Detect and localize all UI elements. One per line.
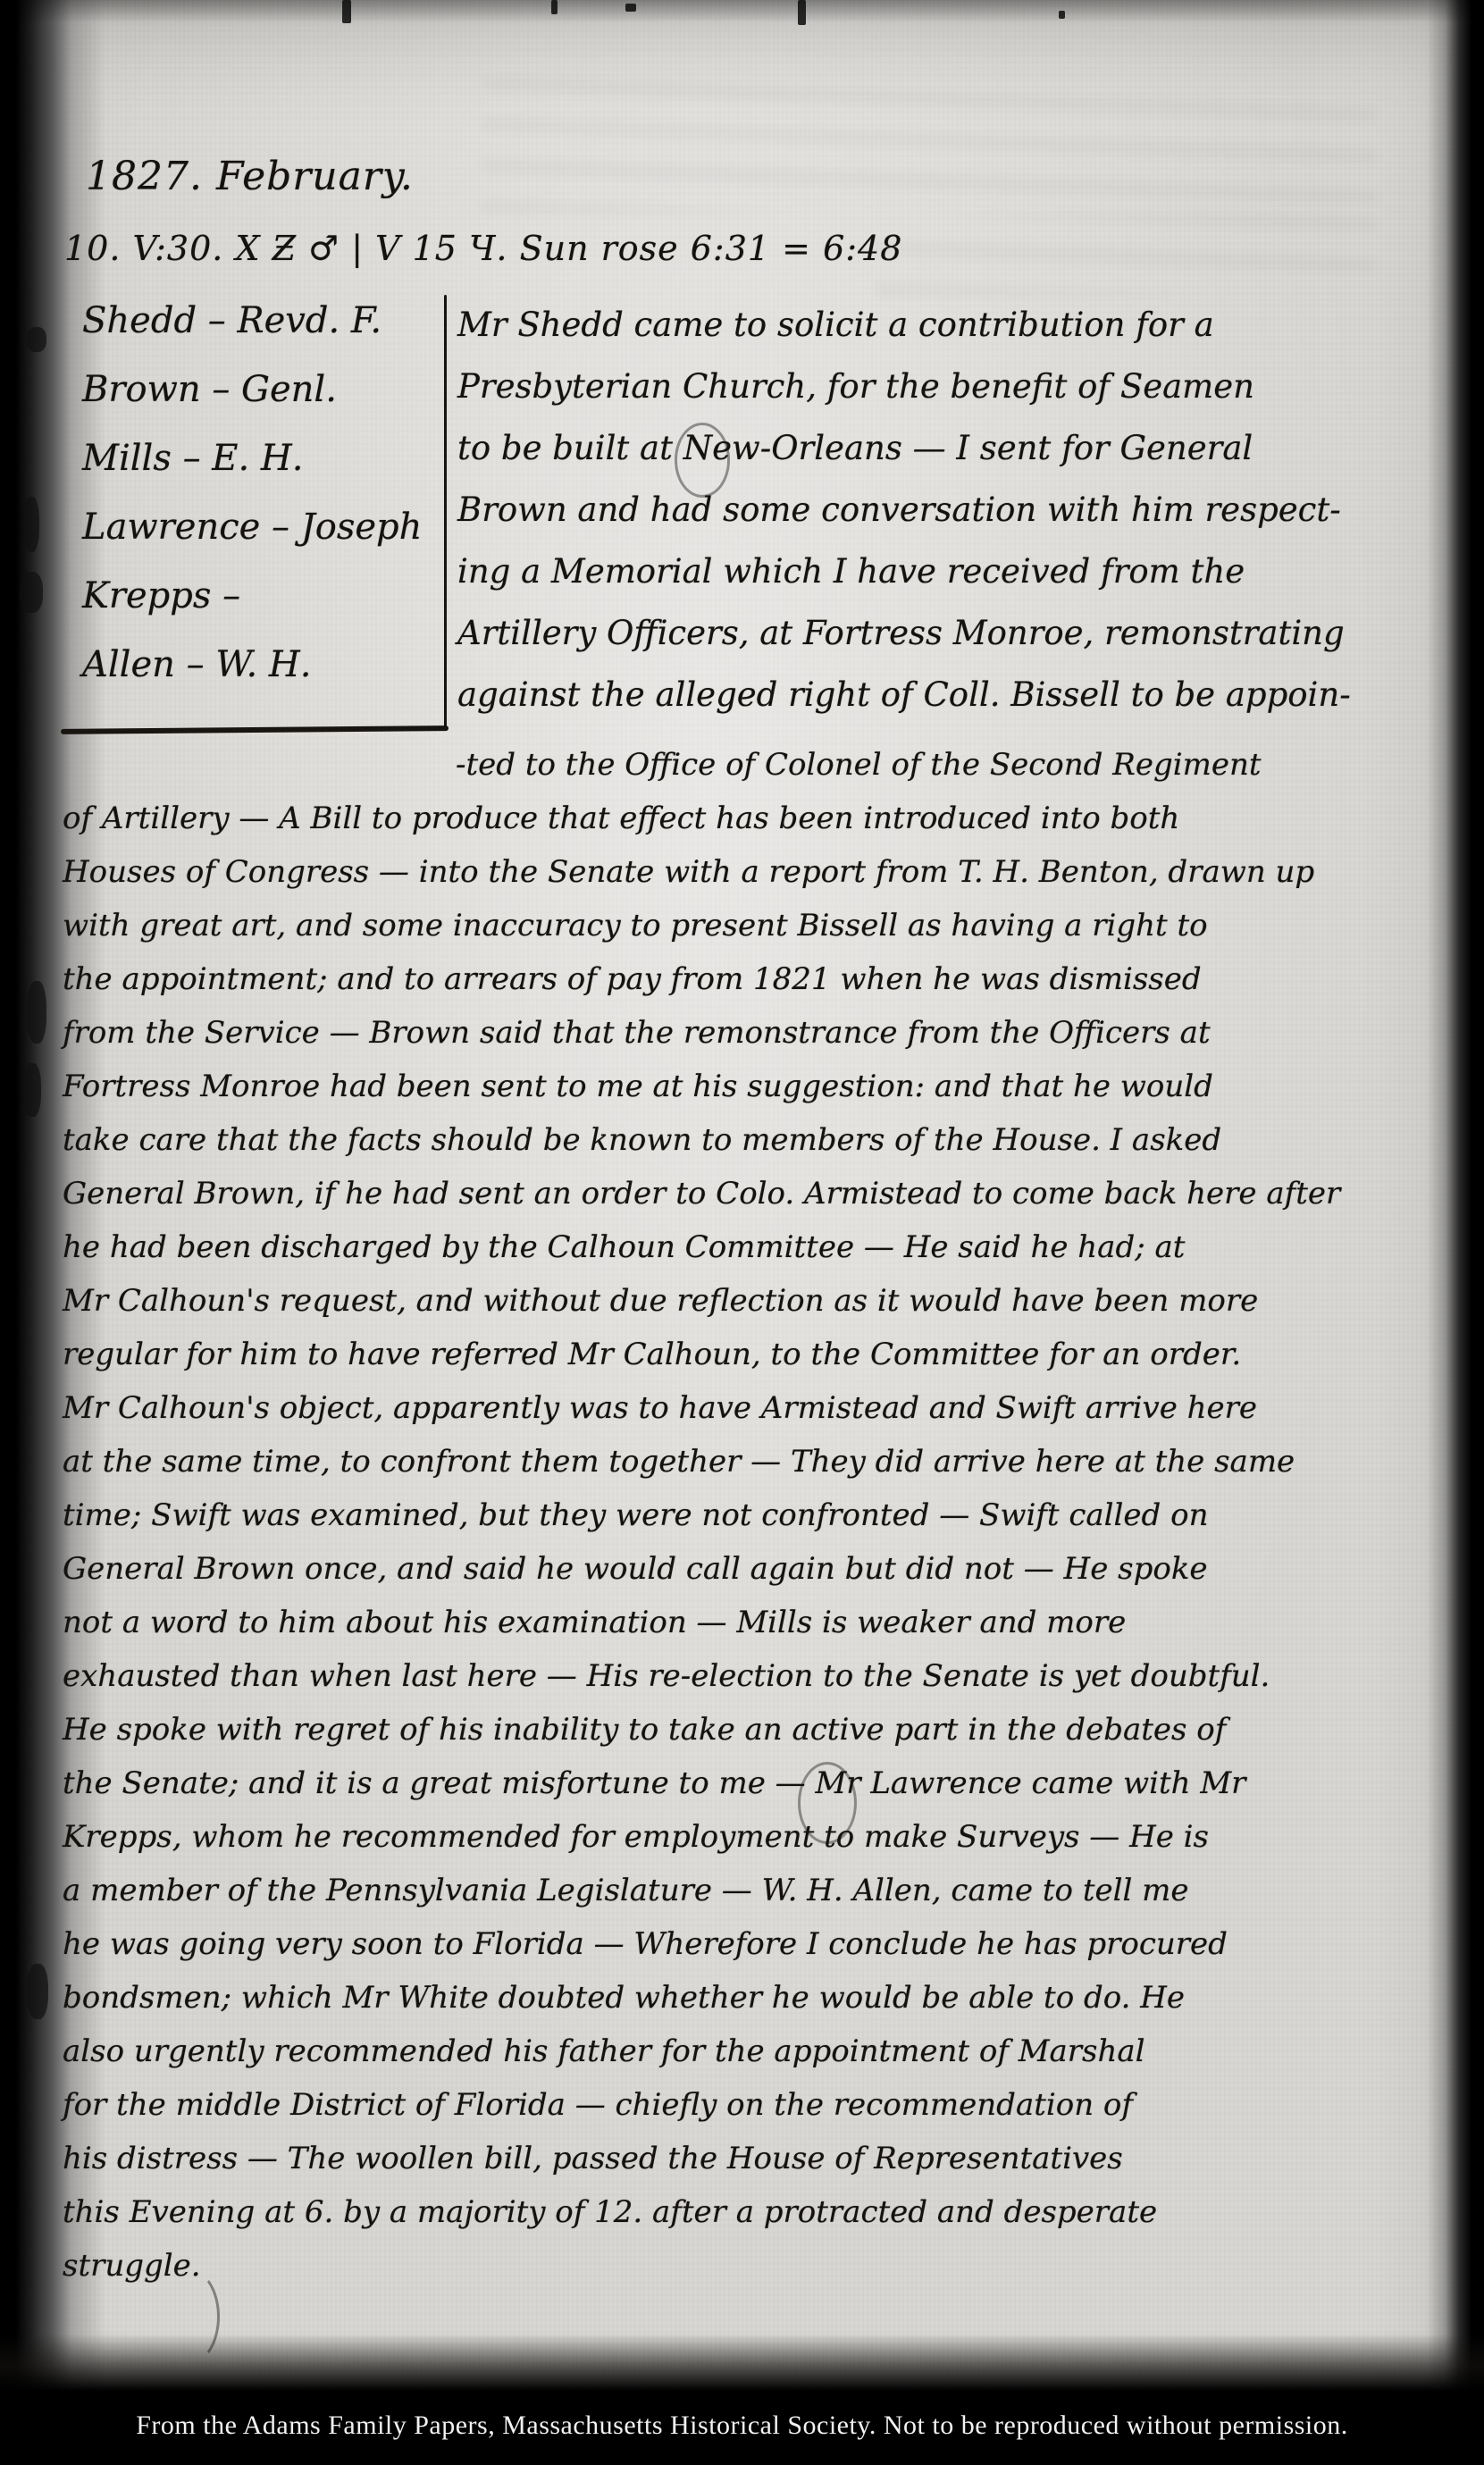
entry-text-column: Mr Shedd came to solicit a contribution … [457, 306, 1427, 737]
entry-line: the Senate; and it is a great misfortune… [63, 1765, 1428, 1819]
entry-line: Artillery Officers, at Fortress Monroe, … [457, 614, 1427, 675]
entry-line: not a word to him about his examination … [63, 1605, 1428, 1658]
spine-mark [27, 1964, 48, 2019]
scan-edge-right [1427, 0, 1484, 2465]
entry-line: General Brown, if he had sent an order t… [63, 1176, 1428, 1229]
entry-line: -ted to the Office of Colonel of the Sec… [63, 747, 1428, 801]
edge-mark [551, 0, 558, 14]
entry-line: he was going very soon to Florida — Wher… [63, 1926, 1428, 1980]
entry-line: Brown and had some conversation with him… [457, 490, 1427, 552]
entry-line: Mr Shedd came to solicit a contribution … [457, 306, 1427, 367]
margin-names-block: Shedd – Revd. F.Brown – Genl.Mills – E. … [82, 300, 440, 713]
entry-astro-sunrise-line: 10. V:30. X Ƶ ♂ | V 15 Ч. Sun rose 6:31 … [64, 229, 902, 268]
edge-mark [342, 0, 351, 23]
entry-line: Krepps, whom he recommended for employme… [63, 1819, 1428, 1873]
entry-line: of Artillery — A Bill to produce that ef… [63, 801, 1428, 854]
margin-name: Krepps – [82, 575, 440, 644]
entry-line: regular for him to have referred Mr Calh… [63, 1337, 1428, 1390]
entry-line: Fortress Monroe had been sent to me at h… [63, 1069, 1428, 1122]
entry-line: time; Swift was examined, but they were … [63, 1497, 1428, 1551]
archive-credit-caption: From the Adams Family Papers, Massachuse… [0, 2411, 1484, 2441]
spine-mark [20, 572, 43, 613]
margin-name: Shedd – Revd. F. [82, 300, 440, 369]
spine-mark [23, 497, 39, 552]
margin-divider-vertical-rule [444, 295, 447, 730]
entry-line: take care that the facts should be known… [63, 1122, 1428, 1176]
spine-mark [27, 327, 46, 352]
entry-line: Houses of Congress — into the Senate wit… [63, 854, 1428, 908]
edge-mark [625, 4, 636, 12]
edge-mark [1059, 11, 1065, 19]
entry-line: He spoke with regret of his inability to… [63, 1712, 1428, 1765]
entry-line: also urgently recommended his father for… [63, 2033, 1428, 2087]
entry-line: Mr Calhoun's object, apparently was to h… [63, 1390, 1428, 1444]
scan-edge-top [0, 0, 1484, 23]
ink-bleedthrough [482, 79, 1376, 213]
entry-line: exhausted than when last here — His re-e… [63, 1658, 1428, 1712]
entry-line: his distress — The woollen bill, passed … [63, 2141, 1428, 2194]
manuscript-page-scan: 1827. February. 10. V:30. X Ƶ ♂ | V 15 Ч… [0, 0, 1484, 2465]
spine-mark [27, 981, 46, 1044]
entry-line: from the Service — Brown said that the r… [63, 1015, 1428, 1069]
ink-bleedthrough [876, 214, 1376, 295]
spine-mark [23, 1063, 41, 1117]
entry-line: General Brown once, and said he would ca… [63, 1551, 1428, 1605]
edge-mark [798, 0, 806, 25]
entry-line: a member of the Pennsylvania Legislature… [63, 1873, 1428, 1926]
entry-line: for the middle District of Florida — chi… [63, 2087, 1428, 2141]
bottom-black-band [0, 2334, 1484, 2465]
entry-date-heading: 1827. February. [86, 154, 414, 199]
entry-line: the appointment; and to arrears of pay f… [63, 961, 1428, 1015]
entry-line: Mr Calhoun's request, and without due re… [63, 1283, 1428, 1337]
margin-name: Lawrence – Joseph [82, 507, 440, 575]
entry-line: bondsmen; which Mr White doubted whether… [63, 1980, 1428, 2033]
entry-line: ing a Memorial which I have received fro… [457, 552, 1427, 614]
margin-name: Mills – E. H. [82, 438, 440, 507]
margin-name: Brown – Genl. [82, 369, 440, 438]
entry-line: struggle. [63, 2248, 1428, 2302]
entry-line: at the same time, to confront them toget… [63, 1444, 1428, 1497]
entry-line: against the alleged right of Coll. Bisse… [457, 675, 1427, 737]
entry-line: he had been discharged by the Calhoun Co… [63, 1229, 1428, 1283]
margin-name: Allen – W. H. [82, 644, 440, 713]
entry-line: with great art, and some inaccuracy to p… [63, 908, 1428, 961]
entry-line: this Evening at 6. by a majority of 12. … [63, 2194, 1428, 2248]
entry-text-full-width: -ted to the Office of Colonel of the Sec… [63, 747, 1428, 2302]
entry-line: to be built at New-Orleans — I sent for … [457, 429, 1427, 490]
entry-line: Presbyterian Church, for the benefit of … [457, 367, 1427, 429]
